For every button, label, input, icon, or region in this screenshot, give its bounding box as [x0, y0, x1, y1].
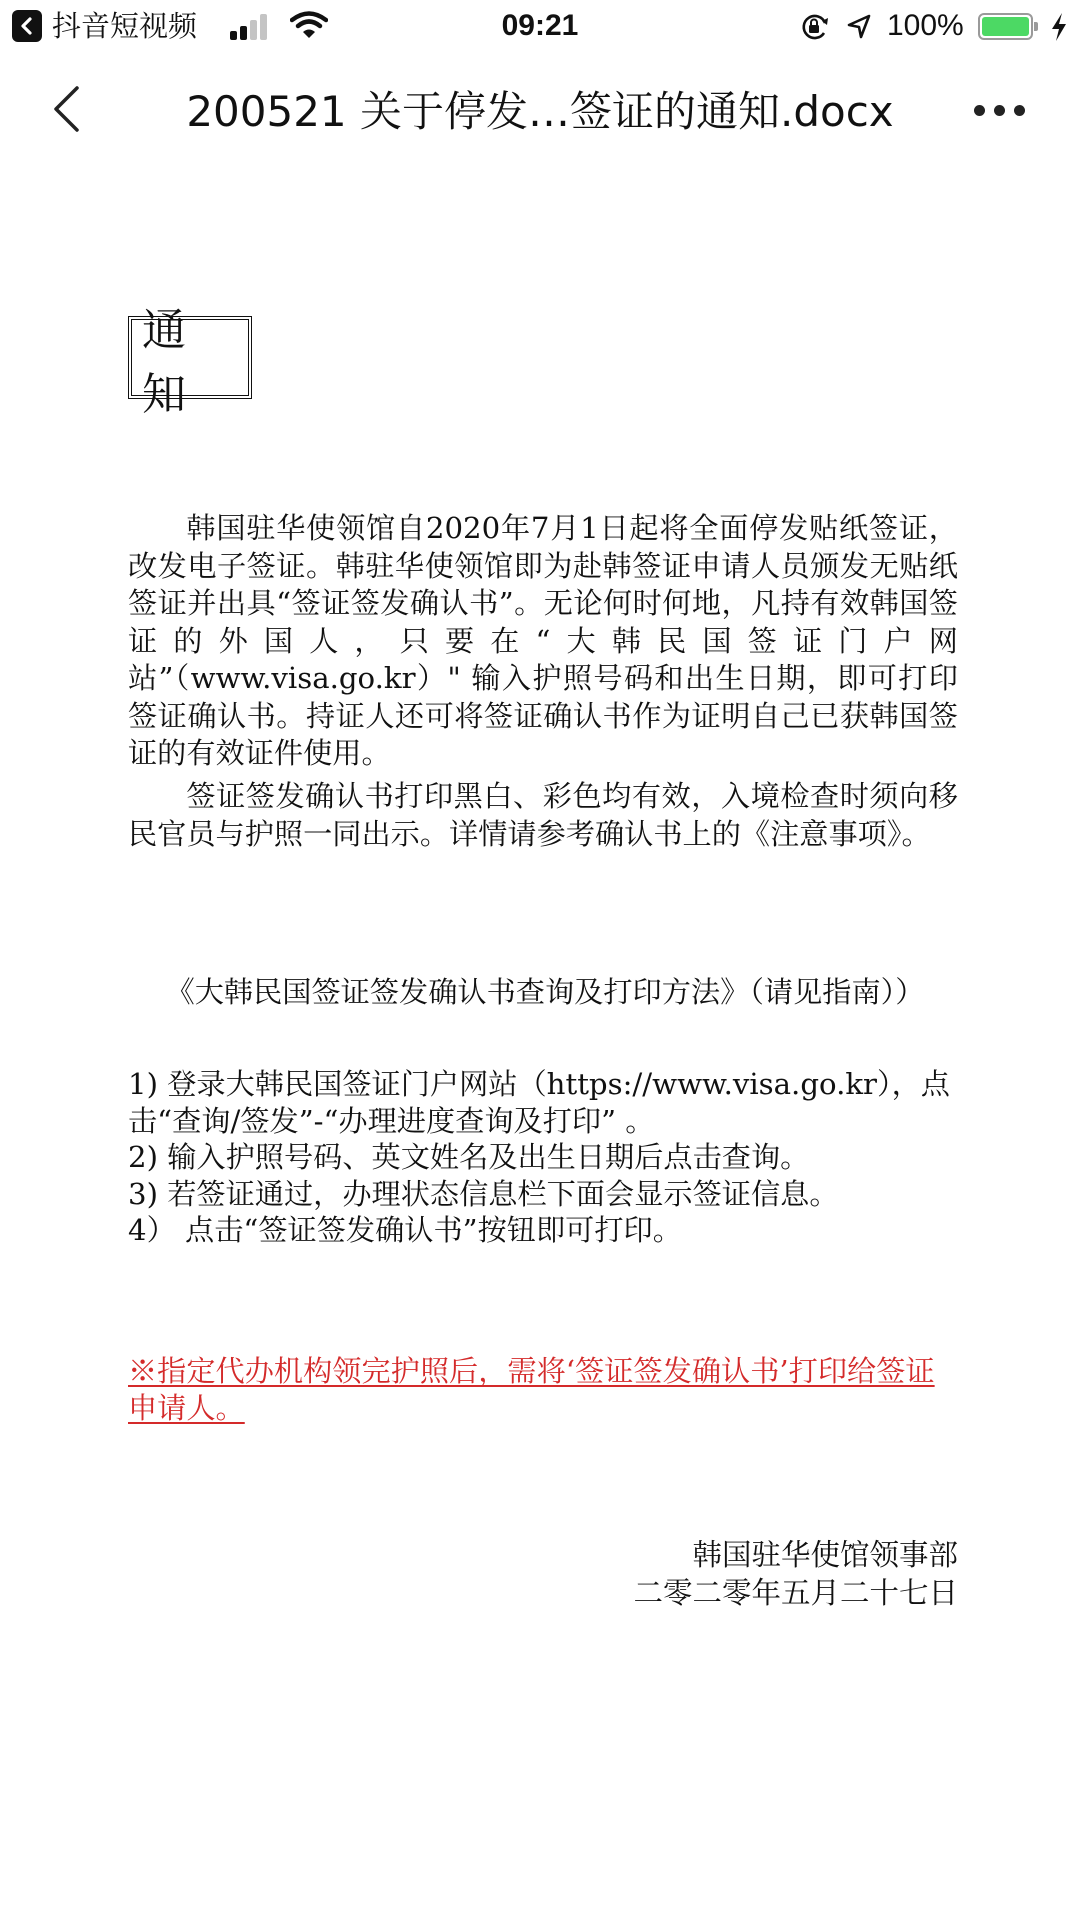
status-bar: 抖音短视频 09:21 100%: [0, 0, 1080, 56]
more-dots-icon: [994, 105, 1005, 116]
step-item: 3) 若签证通过，办理状态信息栏下面会显示签证信息。: [128, 1176, 958, 1213]
battery-icon: [978, 13, 1033, 40]
paragraph-2: 签证签发确认书打印黑白、彩色均有效，入境检查时须向移民官员与护照一同出示。详情请…: [128, 778, 958, 853]
step-item: 2) 输入护照号码、英文姓名及出生日期后点击查询。: [128, 1139, 958, 1176]
guide-heading: 《大韩民国签证签发确认书查询及打印方法》（请见指南））: [140, 974, 950, 1011]
battery-tip: [1034, 22, 1038, 31]
steps-list: 1) 登录大韩民国签证门户网站（https://www.visa.go.kr），…: [128, 1066, 958, 1249]
signature-block: 韩国驻华使馆领事部 二零二零年五月二十七日: [633, 1537, 958, 1612]
battery-percentage: 100%: [887, 7, 964, 45]
signature-issuer: 韩国驻华使馆领事部: [633, 1537, 958, 1575]
more-options-button[interactable]: [970, 96, 1030, 126]
charging-bolt-icon: [1050, 12, 1068, 46]
document-file-title: 200521 关于停发…签证的通知.docx: [0, 86, 1080, 138]
rotation-lock-icon: [800, 13, 830, 45]
signature-date: 二零二零年五月二十七日: [633, 1575, 958, 1613]
navigation-bar: 200521 关于停发…签证的通知.docx: [0, 60, 1080, 160]
more-dots-icon: [974, 105, 985, 116]
red-notice: ※指定代办机构领完护照后，需将‘签证签发确认书’打印给签证申请人。: [128, 1353, 958, 1427]
more-dots-icon: [1014, 105, 1025, 116]
location-icon: [846, 13, 872, 45]
document-heading-box: 通 知: [128, 316, 252, 399]
document-heading: 通 知: [132, 320, 248, 395]
paragraph-1: 韩国驻华使领馆自2020年7月1日起将全面停发贴纸签证，改发电子签证。韩驻华使领…: [128, 510, 958, 773]
step-item: 1) 登录大韩民国签证门户网站（https://www.visa.go.kr），…: [128, 1066, 958, 1139]
step-item: 4） 点击“签证签发确认书”按钮即可打印。: [128, 1212, 958, 1249]
